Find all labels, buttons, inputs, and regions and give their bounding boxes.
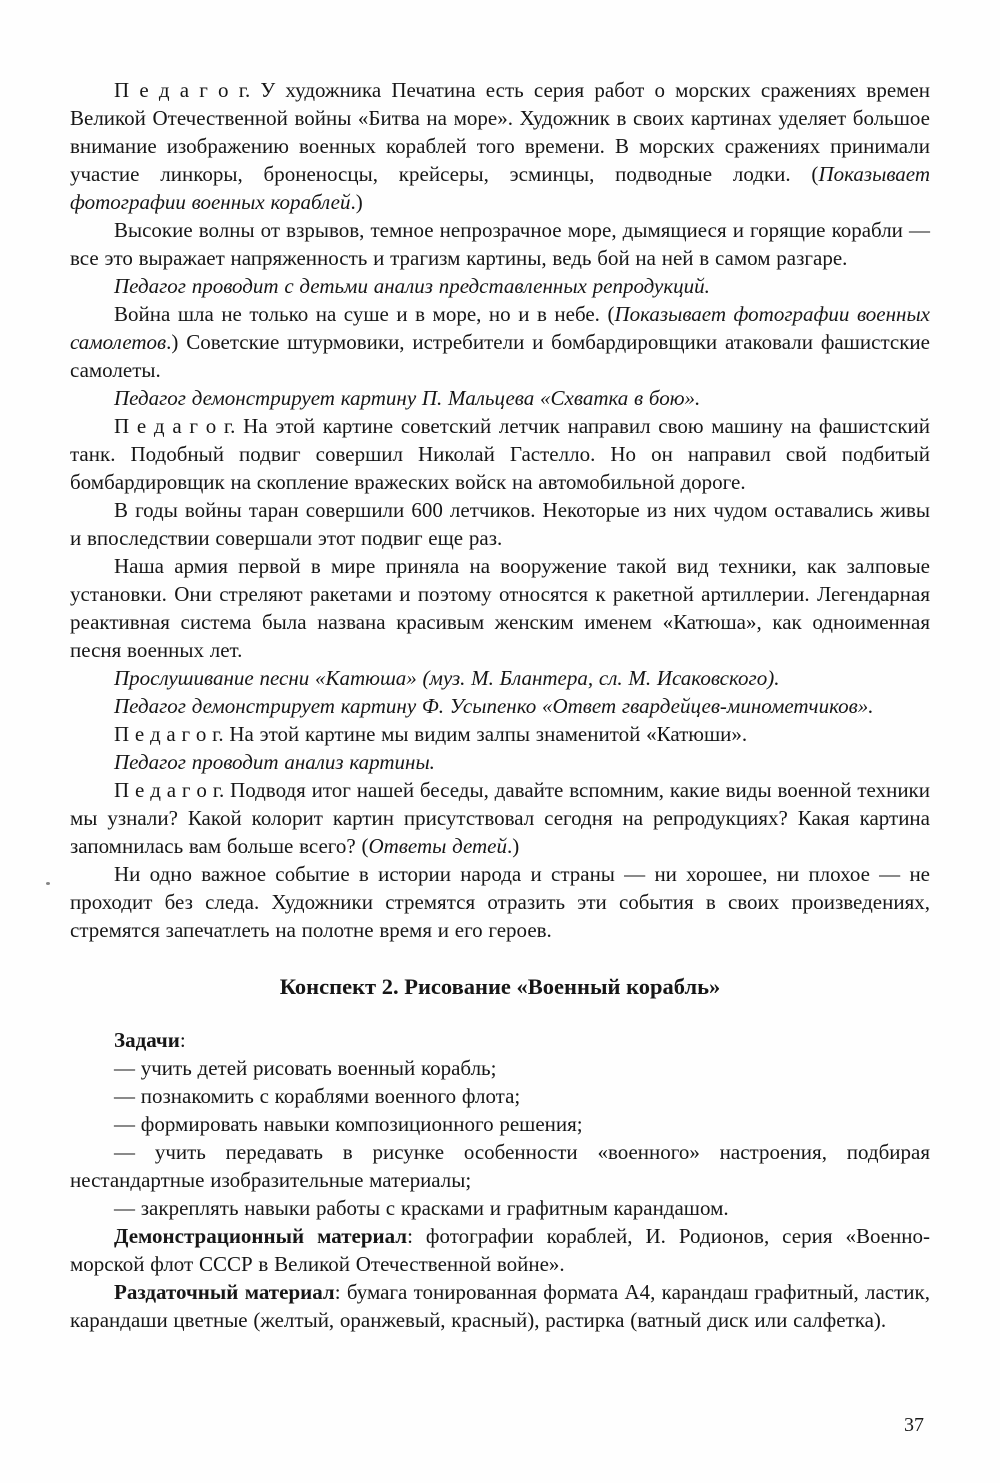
- text-run: Педагог проводит анализ картины.: [114, 750, 435, 774]
- text-run: Задачи: [114, 1028, 180, 1052]
- text-run: П е д а г о г. У художника Печатина есть…: [70, 78, 930, 186]
- text-run: Война шла не только на суше и в море, но…: [114, 302, 614, 326]
- paragraph: П е д а г о г. У художника Печатина есть…: [70, 76, 930, 216]
- list-item: — формировать навыки композиционного реш…: [70, 1110, 930, 1138]
- page-number: 37: [904, 1414, 924, 1437]
- paragraph: Война шла не только на суше и в море, но…: [70, 300, 930, 384]
- text-run: Высокие волны от взрывов, темное непрозр…: [70, 218, 930, 270]
- list-item: — учить передавать в рисунке особенности…: [70, 1138, 930, 1194]
- book-page: П е д а г о г. У художника Печатина есть…: [0, 0, 1000, 1483]
- text-run: Наша армия первой в мире приняла на воор…: [70, 554, 930, 662]
- text-run: Педагог демонстрирует картину Ф. Усыпенк…: [114, 694, 873, 718]
- paragraph: П е д а г о г. На этой картине советский…: [70, 412, 930, 496]
- text-run: В годы войны таран совершили 600 летчико…: [70, 498, 930, 550]
- text-run: :: [180, 1028, 186, 1052]
- text-run: П е д а г о г. На этой картине мы видим …: [114, 722, 747, 746]
- paragraph: Наша армия первой в мире приняла на воор…: [70, 552, 930, 664]
- text-run: — формировать навыки композиционного реш…: [114, 1112, 583, 1136]
- stage-direction: Педагог демонстрирует картину Ф. Усыпенк…: [70, 692, 930, 720]
- text-run: Педагог проводит с детьми анализ предста…: [114, 274, 710, 298]
- text-run: П е д а г о г. На этой картине советский…: [70, 414, 930, 494]
- stage-direction: Педагог демонстрирует картину П. Мальцев…: [70, 384, 930, 412]
- text-run: — учить детей рисовать военный корабль;: [114, 1056, 496, 1080]
- paragraph: Раздаточный материал: бумага тонированна…: [70, 1278, 930, 1334]
- text-run: .): [507, 834, 519, 858]
- text-run: .): [351, 190, 363, 214]
- list-item: — учить детей рисовать военный корабль;: [70, 1054, 930, 1082]
- section-heading: Конспект 2. Рисование «Военный корабль»: [70, 972, 930, 1002]
- text-run: .) Советские штурмовики, истребители и б…: [70, 330, 930, 382]
- scan-artifact-dot: [46, 882, 50, 885]
- text-run: Ни одно важное событие в истории народа …: [70, 862, 930, 942]
- paragraph: Высокие волны от взрывов, темное непрозр…: [70, 216, 930, 272]
- paragraph: П е д а г о г. Подводя итог нашей беседы…: [70, 776, 930, 860]
- text-run: Педагог демонстрирует картину П. Мальцев…: [114, 386, 700, 410]
- stage-direction: Прослушивание песни «Катюша» (муз. М. Бл…: [70, 664, 930, 692]
- paragraph: Демонстрационный материал: фотографии ко…: [70, 1222, 930, 1278]
- paragraph: В годы войны таран совершили 600 летчико…: [70, 496, 930, 552]
- page-text: П е д а г о г. У художника Печатина есть…: [70, 76, 930, 1334]
- text-run: Демонстрационный материал: [114, 1224, 407, 1248]
- text-run: — закреплять навыки работы с красками и …: [114, 1196, 729, 1220]
- stage-direction: Педагог проводит с детьми анализ предста…: [70, 272, 930, 300]
- paragraph: П е д а г о г. На этой картине мы видим …: [70, 720, 930, 748]
- text-run: Раздаточный материал: [114, 1280, 335, 1304]
- paragraph: Ни одно важное событие в истории народа …: [70, 860, 930, 944]
- text-run: — учить передавать в рисунке особенности…: [70, 1140, 930, 1192]
- text-run: — познакомить с кораблями военного флота…: [114, 1084, 520, 1108]
- list-item: — познакомить с кораблями военного флота…: [70, 1082, 930, 1110]
- text-run: Прослушивание песни «Катюша» (муз. М. Бл…: [114, 666, 779, 690]
- stage-direction: Педагог проводит анализ картины.: [70, 748, 930, 776]
- text-run: Ответы детей: [368, 834, 507, 858]
- tasks-label: Задачи:: [70, 1026, 930, 1054]
- list-item: — закреплять навыки работы с красками и …: [70, 1194, 930, 1222]
- text-run: Конспект 2. Рисование «Военный корабль»: [280, 974, 721, 999]
